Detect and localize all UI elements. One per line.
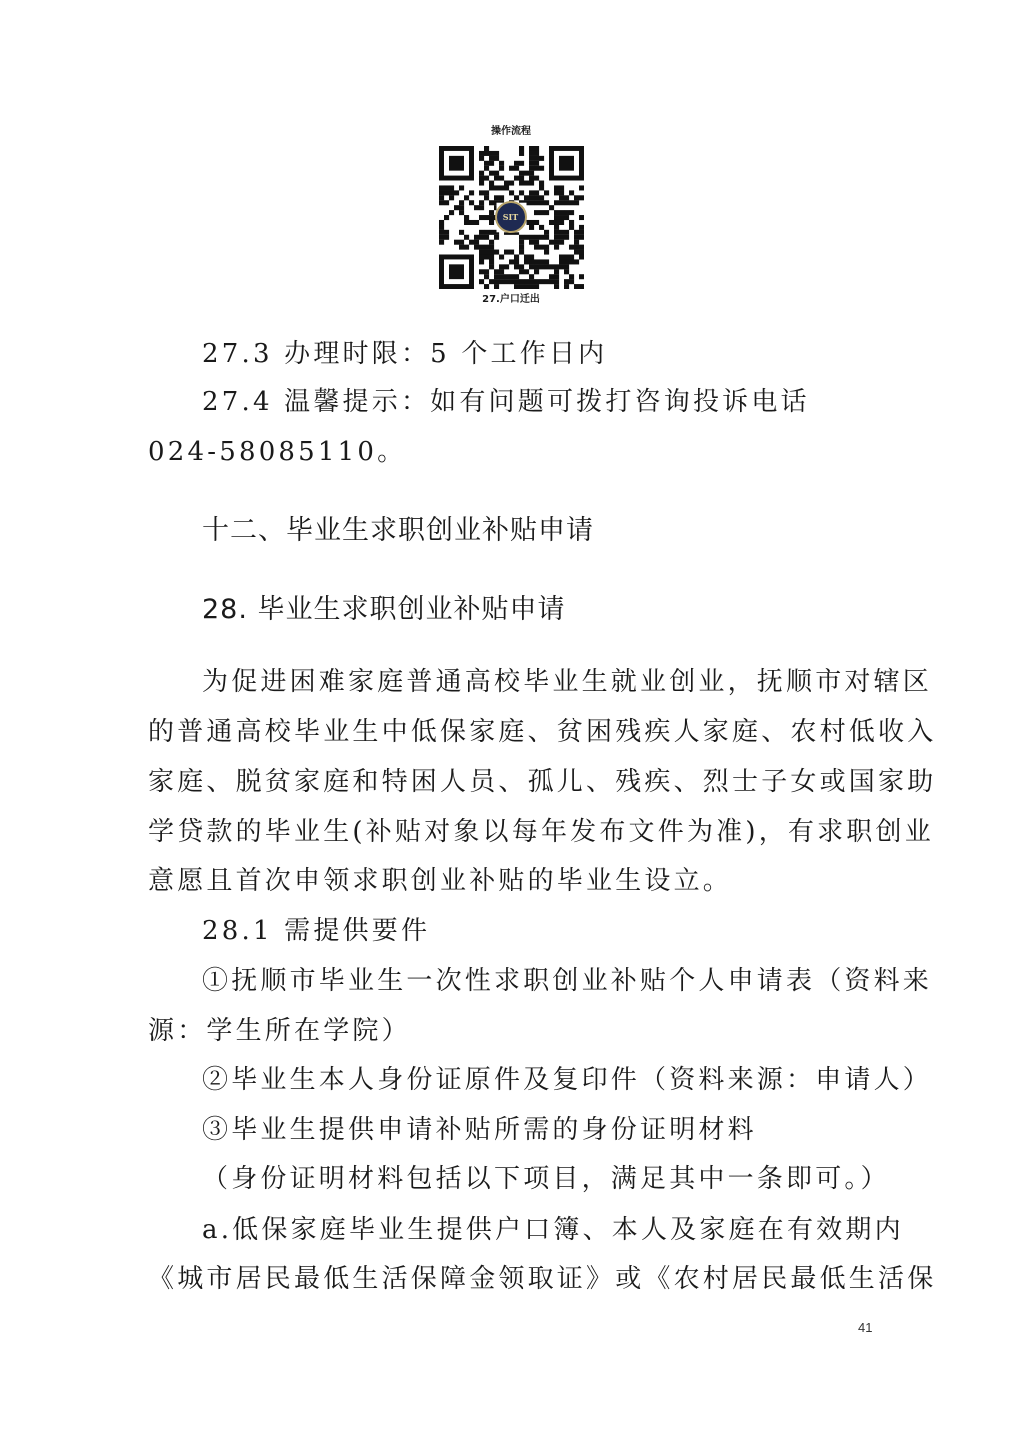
list-item: ③毕业生提供申请补贴所需的身份证明材料: [202, 1109, 757, 1146]
qr-caption-top: 操作流程: [430, 124, 592, 140]
list-item: 《城市居民最低生活保障金领取证》或《农村居民最低生活保: [148, 1258, 936, 1295]
list-item: （身份证明材料包括以下项目，满足其中一条即可。）: [202, 1158, 890, 1195]
qr-code[interactable]: SIT: [439, 146, 584, 289]
item-27-4-line1: 27.4 温馨提示：如有问题可拨打咨询投诉电话: [202, 381, 810, 418]
sub-28-1-heading: 28.1 需提供要件: [202, 910, 430, 947]
list-item: 源：学生所在学院）: [148, 1010, 411, 1047]
intro-line: 意愿且首次申领求职创业补贴的毕业生设立。: [148, 860, 732, 897]
intro-line: 的普通高校毕业生中低保家庭、贫困残疾人家庭、农村低收入: [148, 711, 936, 748]
item-27-4-line2: 024-58085110。: [148, 431, 406, 468]
intro-line: 为促进困难家庭普通高校毕业生就业创业，抚顺市对辖区: [202, 661, 932, 698]
chapter-heading: 十二、毕业生求职创业补贴申请: [202, 508, 594, 547]
list-item: ①抚顺市毕业生一次性求职创业补贴个人申请表（资料来: [202, 960, 932, 997]
qr-code-block: 操作流程 SIT 27.户口迁出: [430, 124, 592, 309]
qr-logo-icon: SIT: [495, 201, 527, 233]
item-27-3: 27.3 办理时限：5 个工作日内: [202, 333, 607, 370]
list-item: a.低保家庭毕业生提供户口簿、本人及家庭在有效期内: [202, 1209, 904, 1246]
section-28-heading: 28. 毕业生求职创业补贴申请: [202, 587, 566, 626]
page-number: 41: [858, 1320, 872, 1335]
qr-caption-bottom: 27.户口迁出: [430, 291, 592, 309]
intro-line: 学贷款的毕业生(补贴对象以每年发布文件为准)，有求职创业: [148, 811, 934, 848]
list-item: ②毕业生本人身份证原件及复印件（资料来源：申请人）: [202, 1059, 932, 1096]
intro-line: 家庭、脱贫家庭和特困人员、孤儿、残疾、烈士子女或国家助: [148, 761, 936, 798]
